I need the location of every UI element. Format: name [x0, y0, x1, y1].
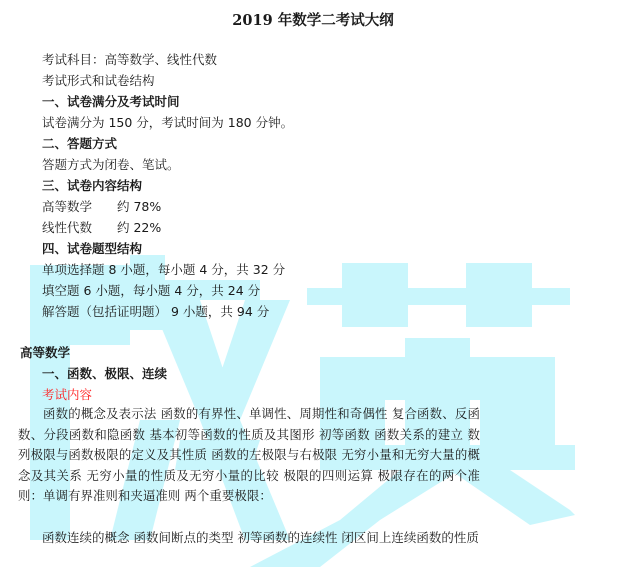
section-2-line-1: 答题方式为闭卷、笔试。: [42, 157, 180, 173]
section-1-line-1: 试卷满分为 150 分，考试时间为 180 分钟。: [42, 115, 293, 131]
document-page: 2019 年数学二考试大纲 考试科目：高等数学、线性代数 考试形式和试卷结构 一…: [0, 0, 626, 567]
continuity-paragraph: 函数连续的概念 函数间断点的类型 初等函数的连续性 闭区间上连续函数的性质: [42, 530, 479, 546]
section-heading-1: 一、试卷满分及考试时间: [42, 94, 180, 110]
exam-subjects: 考试科目：高等数学、线性代数: [42, 52, 217, 68]
section-heading-4: 四、试卷题型结构: [42, 241, 142, 257]
content-label: 考试内容: [42, 387, 92, 403]
content-paragraph: 函数的概念及表示法 函数的有界性、单调性、周期性和奇偶性 复合函数、反函数、分段…: [18, 404, 480, 507]
chapter-heading: 一、函数、极限、连续: [42, 366, 167, 382]
section-4-line-1: 单项选择题 8 小题，每小题 4 分，共 32 分: [42, 262, 285, 278]
section-3-line-2: 线性代数 约 22%: [42, 220, 161, 236]
section-3-line-1: 高等数学 约 78%: [42, 199, 161, 215]
document-title: 2019 年数学二考试大纲: [0, 11, 626, 31]
section-heading-2: 二、答题方式: [42, 136, 117, 152]
format-heading: 考试形式和试卷结构: [42, 73, 155, 89]
section-heading-3: 三、试卷内容结构: [42, 178, 142, 194]
part-title: 高等数学: [20, 345, 70, 361]
section-4-line-2: 填空题 6 小题，每小题 4 分，共 24 分: [42, 283, 260, 299]
section-4-line-3: 解答题（包括证明题） 9 小题，共 94 分: [42, 304, 269, 320]
